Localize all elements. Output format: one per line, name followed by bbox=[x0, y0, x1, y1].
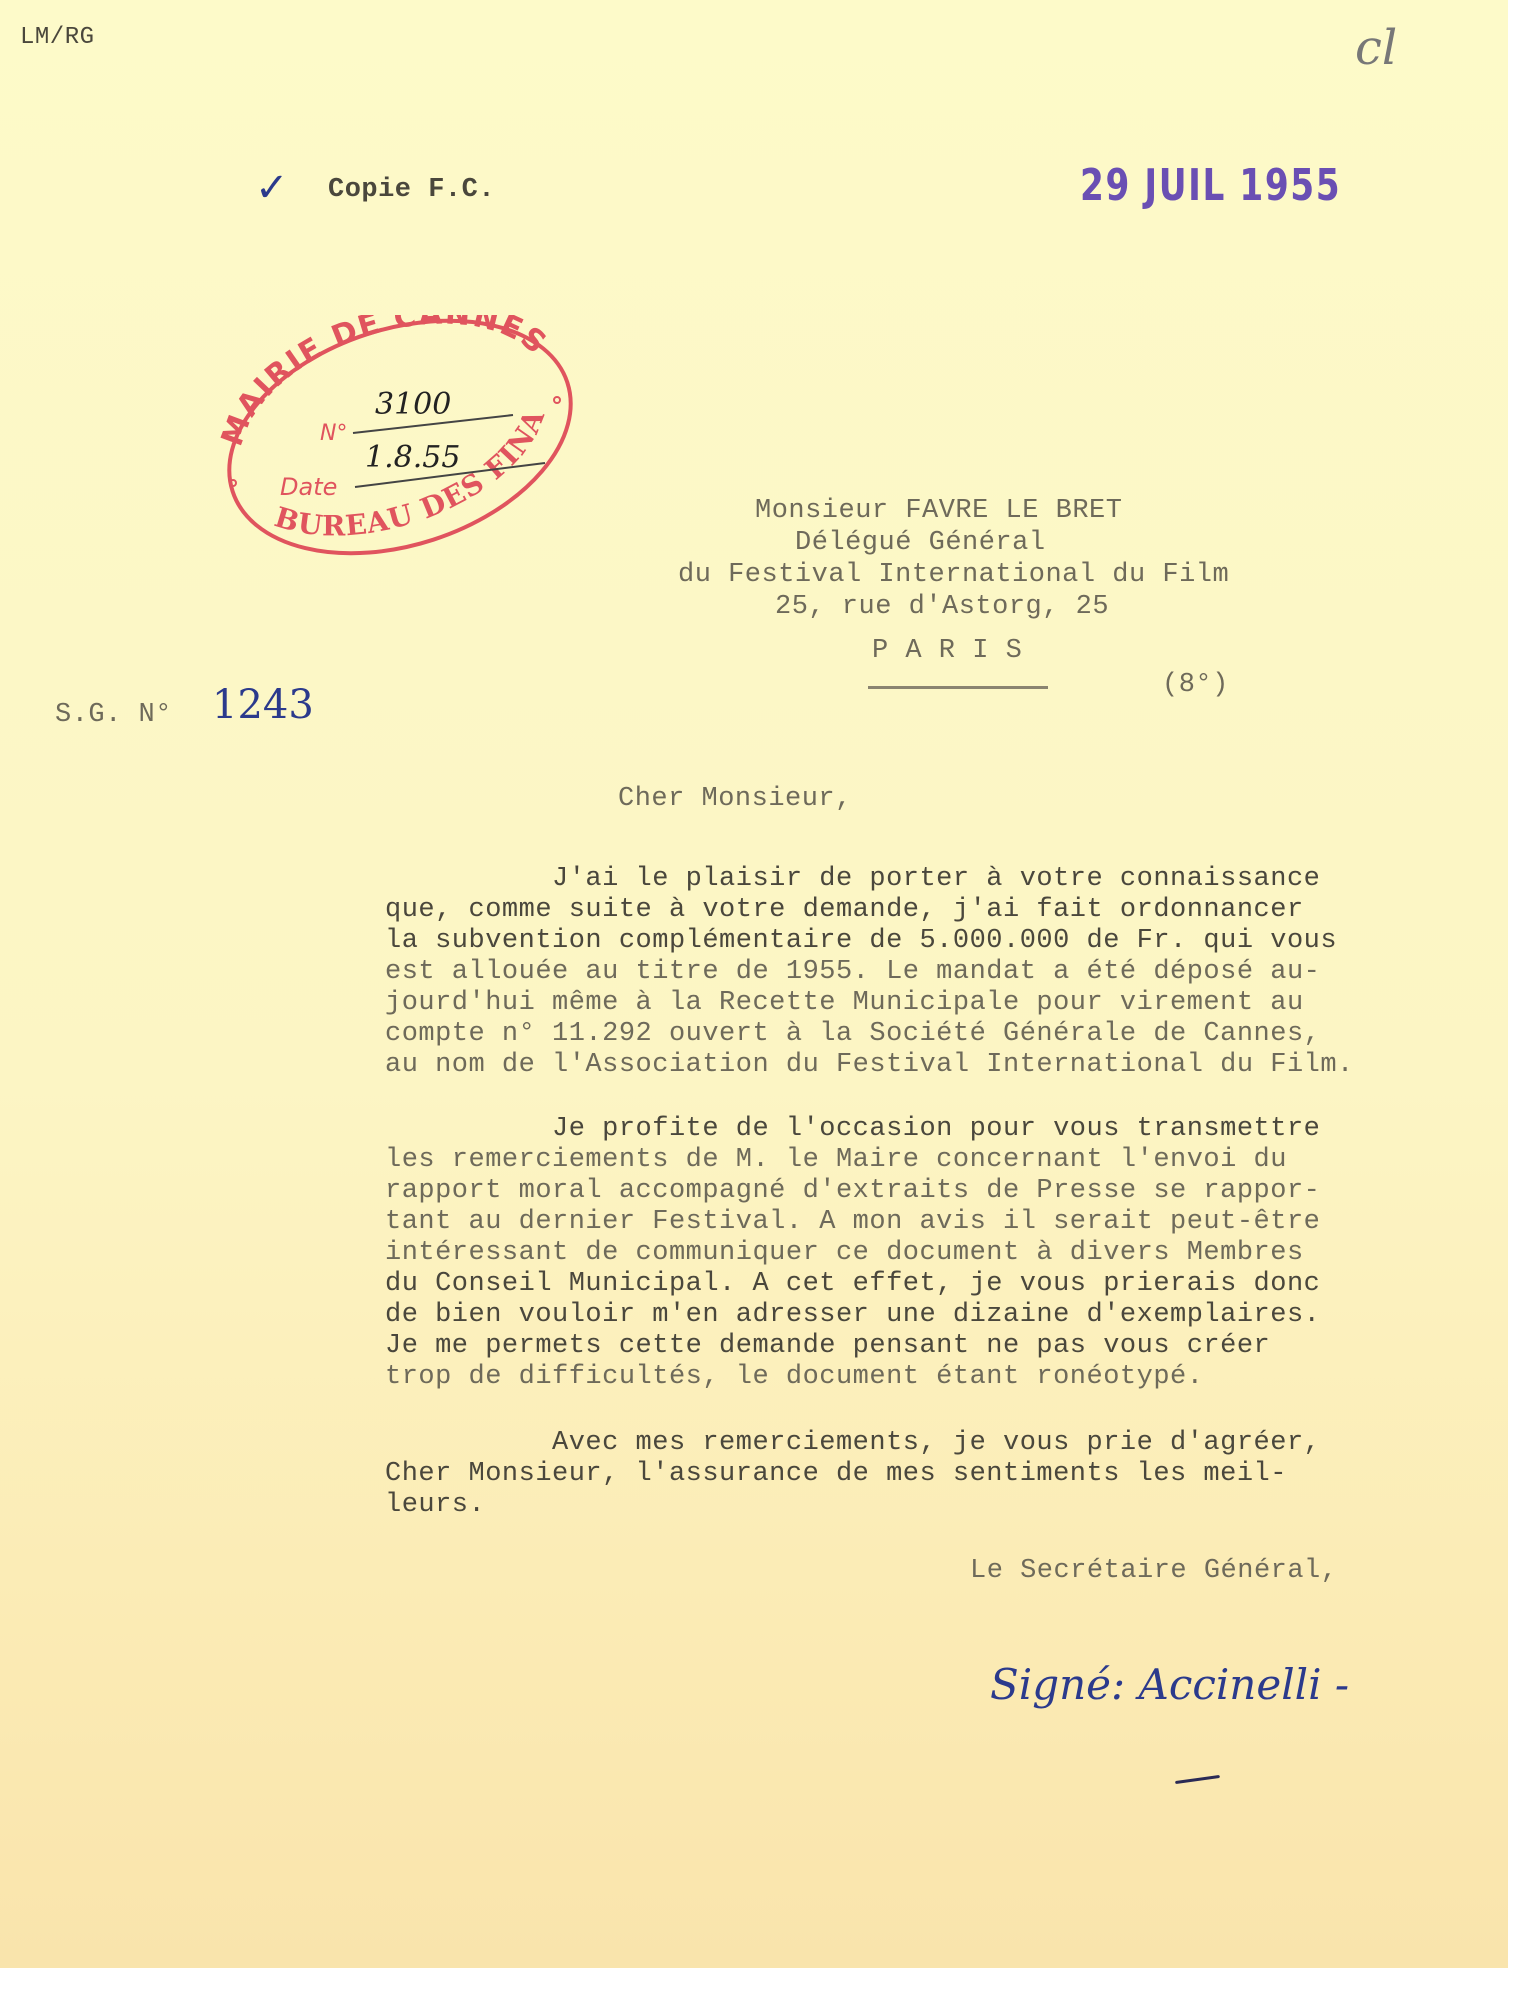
body-line: au nom de l'Association du Festival Inte… bbox=[385, 1050, 1354, 1081]
body-line: Cher Monsieur, l'assurance de mes sentim… bbox=[385, 1459, 1287, 1490]
letter-page: LM/RG cl ✓ Copie F.C. 29 JUIL 1955 MAIRI… bbox=[0, 0, 1508, 1968]
body-line: est allouée au titre de 1955. Le mandat … bbox=[385, 957, 1320, 988]
stamp-date: 1.8.55 bbox=[365, 440, 460, 475]
receipt-stamp: MAIRIE DE CANNES BUREAU DES FINANCES N° … bbox=[215, 315, 585, 560]
stamp-number: 3100 bbox=[375, 387, 451, 422]
body-line: rapport moral accompagné d'extraits de P… bbox=[385, 1176, 1320, 1207]
recipient-line: 25, rue d'Astorg, 25 bbox=[775, 592, 1109, 623]
body-line: la subvention complémentaire de 5.000.00… bbox=[385, 926, 1337, 957]
divider-rule bbox=[868, 686, 1048, 689]
body-line: du Conseil Municipal. A cet effet, je vo… bbox=[385, 1269, 1320, 1300]
copy-note: Copie F.C. bbox=[328, 175, 495, 206]
recipient-line: Délégué Général bbox=[795, 528, 1046, 559]
reference-initials: LM/RG bbox=[20, 22, 95, 53]
corner-handwritten-mark: cl bbox=[1355, 20, 1397, 76]
body-line: tant au dernier Festival. A mon avis il … bbox=[385, 1207, 1320, 1238]
recipient-city: P A R I S bbox=[872, 636, 1022, 667]
svg-text:N°: N° bbox=[320, 421, 347, 446]
sg-reference-label: S.G. N° bbox=[55, 700, 172, 731]
body-line: leurs. bbox=[385, 1490, 485, 1521]
signature-flourish bbox=[1175, 1775, 1220, 1784]
body-line: que, comme suite à votre demande, j'ai f… bbox=[385, 895, 1304, 926]
check-mark-icon: ✓ bbox=[255, 165, 289, 211]
svg-text:Date: Date bbox=[280, 473, 337, 501]
body-line: trop de difficultés, le document étant r… bbox=[385, 1362, 1203, 1393]
recipient-line: Monsieur FAVRE LE BRET bbox=[755, 496, 1122, 527]
body-line: de bien vouloir m'en adresser une dizain… bbox=[385, 1300, 1320, 1331]
sg-reference-number: 1243 bbox=[212, 682, 314, 728]
stamp-oval-icon: MAIRIE DE CANNES BUREAU DES FINANCES N° … bbox=[215, 315, 585, 560]
body-line: compte n° 11.292 ouvert à la Société Gén… bbox=[385, 1019, 1320, 1050]
salutation: Cher Monsieur, bbox=[618, 784, 852, 815]
body-line: jourd'hui même à la Recette Municipale p… bbox=[385, 988, 1304, 1019]
signatory-title: Le Secrétaire Général, bbox=[970, 1556, 1337, 1587]
body-line: intéressant de communiquer ce document à… bbox=[385, 1238, 1304, 1269]
body-line: Je me permets cette demande pensant ne p… bbox=[385, 1331, 1270, 1362]
body-line: Avec mes remerciements, je vous prie d'a… bbox=[385, 1428, 1320, 1459]
body-line: les remerciements de M. le Maire concern… bbox=[385, 1145, 1287, 1176]
signature: Signé: Accinelli - bbox=[990, 1660, 1349, 1709]
recipient-line: du Festival International du Film bbox=[678, 560, 1229, 591]
body-line: J'ai le plaisir de porter à votre connai… bbox=[385, 864, 1320, 895]
body-line: Je profite de l'occasion pour vous trans… bbox=[385, 1114, 1320, 1145]
date-stamp: 29 JUIL 1955 bbox=[1080, 160, 1341, 211]
recipient-arrondissement: (8°) bbox=[1162, 670, 1229, 701]
